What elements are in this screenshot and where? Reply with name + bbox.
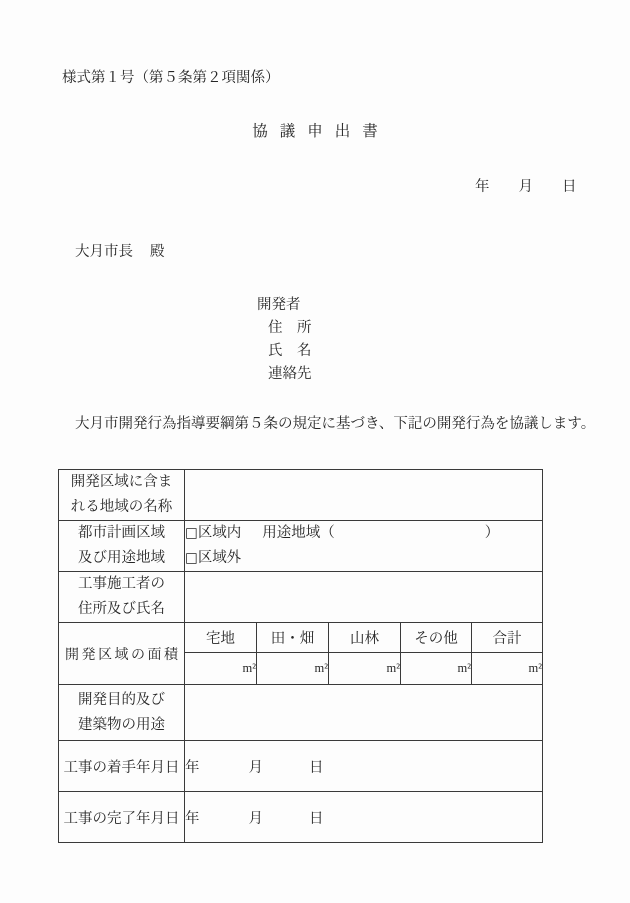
developer-name-label: 氏 名 (268, 340, 312, 363)
completion-year-label: 年 (185, 811, 200, 827)
application-table: 開発区域に含ま れる地域の名称 都市計画区域 及び用途地域 □区域内用途地域（）… (58, 469, 543, 843)
completion-month-label: 月 (249, 811, 264, 827)
date-day-label: 日 (562, 180, 577, 195)
row-area-name: 開発区域に含ま れる地域の名称 (59, 470, 543, 521)
use-district-label: 用途地域（ (262, 525, 335, 541)
document-page: 様式第１号（第５条第２項関係） 協議申出書 年 月 日 大月市長殿 開発者 住 … (0, 0, 630, 903)
start-month-label: 月 (249, 760, 264, 776)
addressee-line: 大月市長殿 (75, 240, 165, 261)
row-city-planning: 都市計画区域 及び用途地域 □区域内用途地域（） □区域外 (59, 521, 543, 572)
date-year-label: 年 (475, 180, 490, 195)
column-header-other: その他 (401, 623, 472, 653)
option-inside-label: 区域内 (198, 525, 242, 541)
form-number: 様式第１号（第５条第２項関係） (62, 66, 280, 87)
column-header-residential: 宅地 (185, 623, 257, 653)
purpose-label: 開発目的及び 建築物の用途 (59, 685, 185, 741)
column-header-fields: 田・畑 (257, 623, 329, 653)
checkbox-inside-icon[interactable]: □ (185, 525, 198, 541)
row-start-date: 工事の着手年月日 年月日 (59, 741, 543, 792)
start-date-input-cell: 年月日 (185, 741, 543, 792)
area-name-input-cell (185, 470, 543, 521)
addressee-name: 大月市長 (75, 244, 133, 260)
checkbox-outside-icon[interactable]: □ (185, 550, 198, 566)
contractor-input-cell (185, 572, 543, 623)
column-header-total: 合計 (472, 623, 543, 653)
body-text: 大月市開発行為指導要綱第５条の規定に基づき、下記の開発行為を協議します。 (75, 414, 595, 434)
row-contractor: 工事施工者の 住所及び氏名 (59, 572, 543, 623)
area-forest-input-cell: m² (329, 653, 401, 685)
area-residential-input-cell: m² (185, 653, 257, 685)
page-title: 協議申出書 (0, 119, 630, 141)
start-year-label: 年 (185, 760, 200, 776)
contractor-label: 工事施工者の 住所及び氏名 (59, 572, 185, 623)
row-completion-date: 工事の完了年月日 年月日 (59, 792, 543, 843)
addressee-honorific: 殿 (150, 244, 165, 260)
purpose-input-cell (185, 685, 543, 741)
row-area-size-header: 開発区域の面積 宅地 田・畑 山林 その他 合計 (59, 623, 543, 653)
start-date-label: 工事の着手年月日 (59, 741, 185, 792)
city-planning-label: 都市計画区域 及び用途地域 (59, 521, 185, 572)
area-size-label: 開発区域の面積 (59, 623, 185, 685)
developer-heading: 開発者 (257, 294, 312, 317)
area-fields-input-cell: m² (257, 653, 329, 685)
option-outside-label: 区域外 (198, 550, 242, 566)
start-day-label: 日 (309, 760, 324, 776)
completion-date-label: 工事の完了年月日 (59, 792, 185, 843)
completion-day-label: 日 (309, 811, 324, 827)
area-name-label: 開発区域に含ま れる地域の名称 (59, 470, 185, 521)
option-outside-line: □区域外 (185, 546, 542, 571)
area-total-input-cell: m² (472, 653, 543, 685)
completion-date-input-cell: 年月日 (185, 792, 543, 843)
developer-block: 開発者 住 所 氏 名 連絡先 (257, 294, 312, 386)
row-purpose: 開発目的及び 建築物の用途 (59, 685, 543, 741)
developer-address-label: 住 所 (268, 317, 312, 340)
city-planning-options-cell: □区域内用途地域（） □区域外 (185, 521, 543, 572)
date-month-label: 月 (519, 180, 534, 195)
column-header-forest: 山林 (329, 623, 401, 653)
use-district-paren-close: ） (485, 525, 500, 541)
area-other-input-cell: m² (401, 653, 472, 685)
option-inside-line: □区域内用途地域（） (185, 521, 542, 546)
developer-contact-label: 連絡先 (268, 363, 312, 386)
date-line: 年 月 日 (475, 180, 577, 195)
